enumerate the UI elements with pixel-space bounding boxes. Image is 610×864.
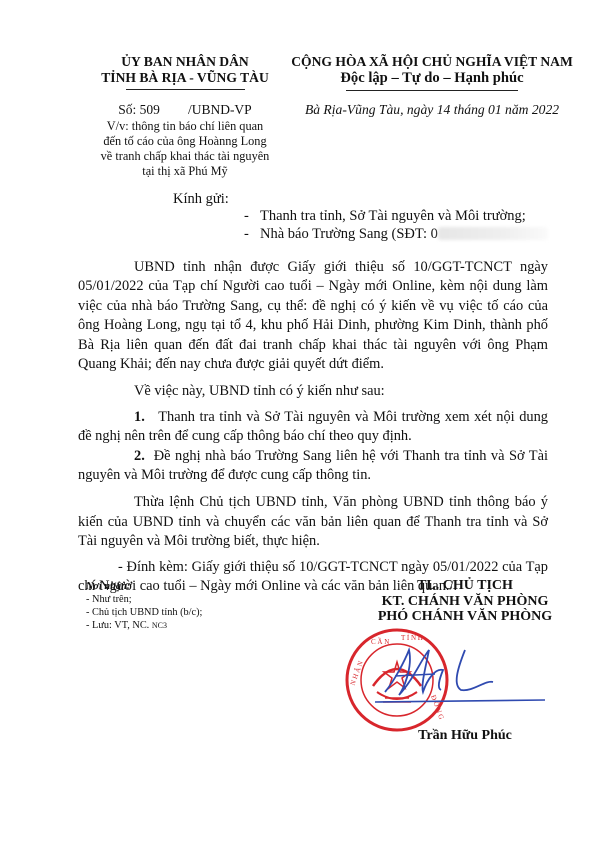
subject-line: đến tố cáo của ông Hoànng Long — [70, 134, 300, 149]
doc-code: /UBND-VP — [188, 102, 252, 117]
sig-title-3: PHÓ CHÁNH VĂN PHÒNG — [330, 609, 600, 625]
recipient-item: - Chủ tịch UBND tỉnh (b/c); — [86, 606, 202, 619]
signer-name: Trần Hữu Phúc — [330, 728, 600, 744]
national-motto: Độc lập – Tự do – Hạnh phúc — [262, 70, 602, 87]
national-title: CỘNG HÒA XÃ HỘI CHỦ NGHĨA VIỆT NAM — [262, 54, 602, 70]
body-paragraph: UBND tỉnh nhận được Giấy giới thiệu số 1… — [78, 258, 548, 374]
sig-title-1: TL. CHỦ TỊCH — [330, 578, 600, 594]
motto-underline — [346, 90, 518, 91]
addressee-list: -Thanh tra tỉnh, Sở Tài nguyên và Môi tr… — [244, 207, 548, 243]
sig-title-2: KT. CHÁNH VĂN PHÒNG — [330, 594, 600, 610]
recipients-title: Nơi nhận: — [86, 580, 202, 593]
addressee-label: Kính gửi: — [173, 191, 229, 208]
redacted-phone — [438, 227, 548, 240]
subject-line: tại thị xã Phú Mỹ — [70, 164, 300, 179]
signature-block: TL. CHỦ TỊCH KT. CHÁNH VĂN PHÒNG PHÓ CHÁ… — [330, 578, 600, 625]
doc-number: Số: 509 — [118, 102, 160, 117]
handwritten-signature-icon — [365, 640, 565, 715]
document-subject: V/v: thông tin báo chí liên quan đến tố … — [70, 119, 300, 179]
body-paragraph: Thừa lệnh Chủ tịch UBND tỉnh, Văn phòng … — [78, 493, 548, 551]
list-item: 1. Thanh tra tỉnh và Sở Tài nguyên và Mô… — [78, 408, 548, 447]
subject-line: về tranh chấp khai thác tài nguyên — [70, 149, 300, 164]
list-item: 2. Đề nghị nhà báo Trường Sang liên hệ v… — [78, 447, 548, 486]
recipients-footer: Nơi nhận: - Như trên; - Chủ tịch UBND tỉ… — [86, 580, 202, 632]
national-header: CỘNG HÒA XÃ HỘI CHỦ NGHĨA VIỆT NAM Độc l… — [262, 54, 602, 91]
addressee-item: -Nhà báo Trường Sang (SĐT: 0 — [244, 225, 548, 243]
recipient-item: - Lưu: VT, NC. NC3 — [86, 619, 202, 632]
body-paragraph: Về việc này, UBND tỉnh có ý kiến như sau… — [78, 382, 548, 401]
recipient-item: - Như trên; — [86, 593, 202, 606]
document-body: UBND tỉnh nhận được Giấy giới thiệu số 1… — [78, 258, 548, 597]
subject-line: V/v: thông tin báo chí liên quan — [70, 119, 300, 134]
addressee-item: -Thanh tra tỉnh, Sở Tài nguyên và Môi tr… — [244, 207, 548, 225]
place-date: Bà Rịa-Vũng Tàu, ngày 14 tháng 01 năm 20… — [262, 102, 602, 118]
agency-underline — [126, 89, 245, 90]
